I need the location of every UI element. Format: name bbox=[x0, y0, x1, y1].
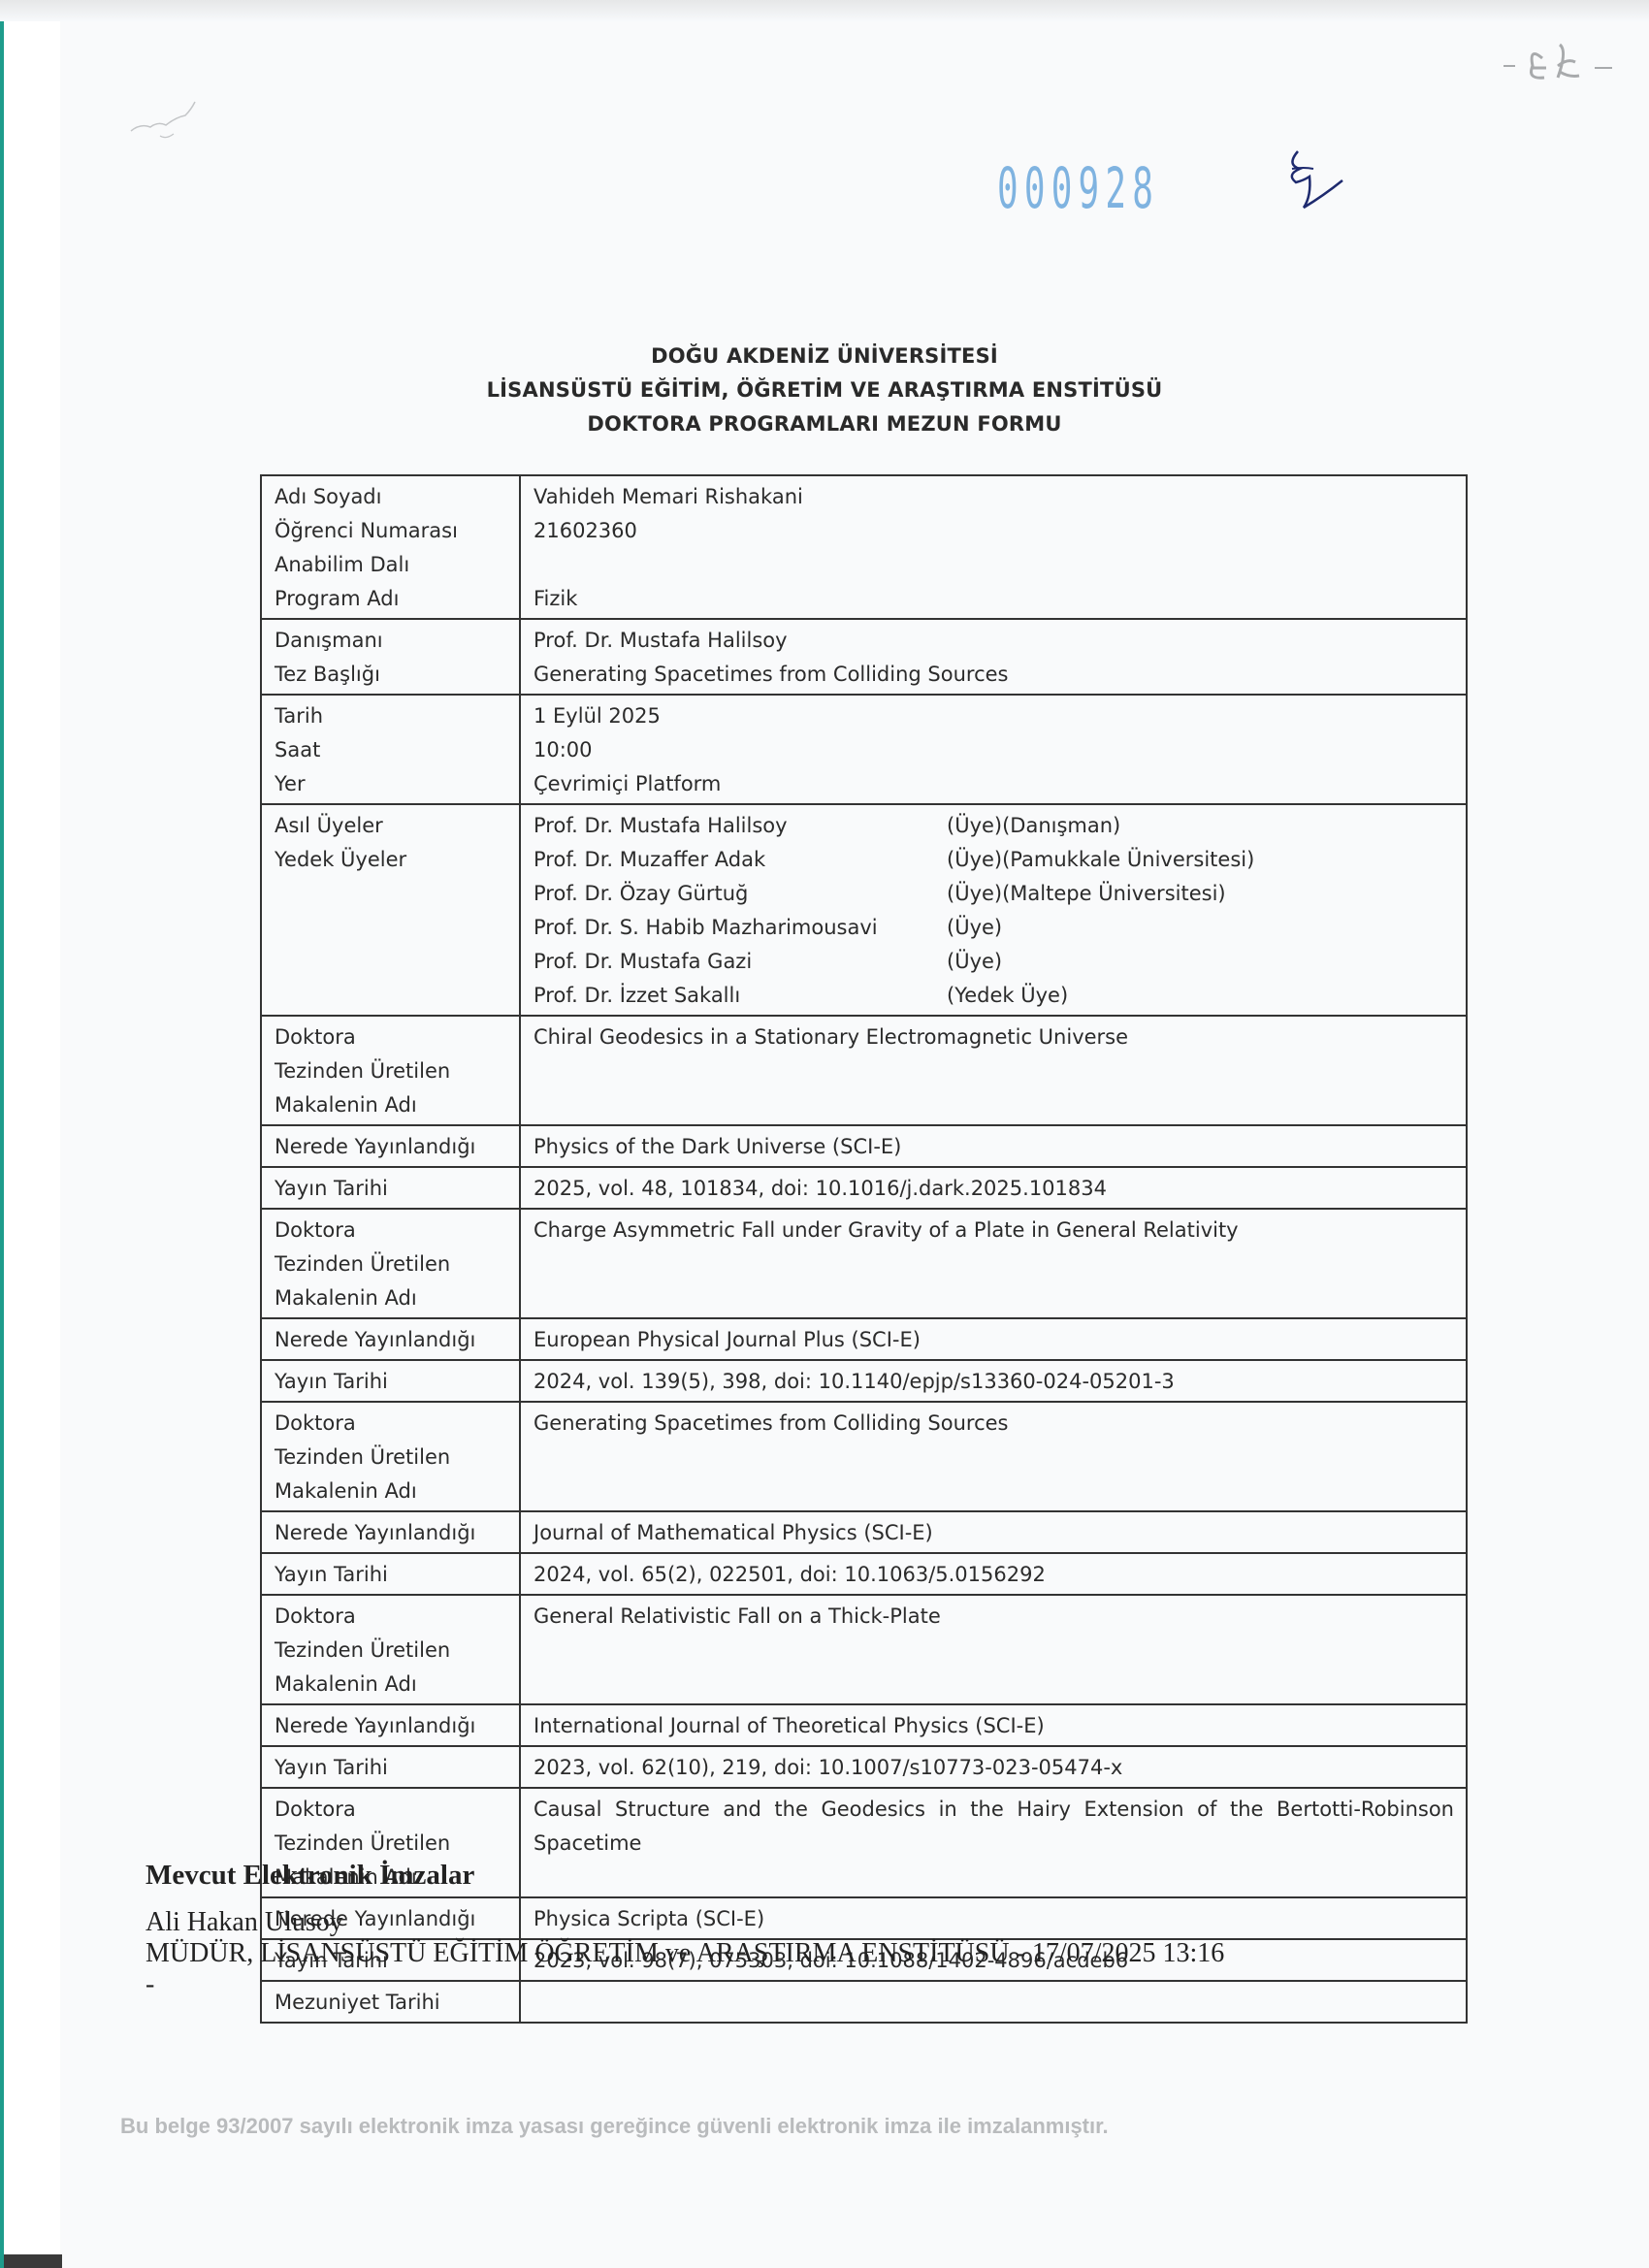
venue-label: Nerede Yayınlandığı bbox=[275, 1516, 507, 1550]
venue-label: Nerede Yayınlandığı bbox=[275, 1130, 507, 1164]
student-name: Vahideh Memari Rishakani bbox=[533, 480, 1454, 514]
handwritten-corner-mark-icon bbox=[1502, 39, 1628, 97]
institute-name: LİSANSÜSTÜ EĞİTİM, ÖĞRETİM VE ARAŞTIRMA … bbox=[0, 378, 1649, 402]
publication-venue-value: Journal of Mathematical Physics (SCI-E) bbox=[520, 1511, 1467, 1553]
date-label: Yayın Tarihi bbox=[275, 1751, 507, 1785]
signer-name: Ali Hakan Ulusoy bbox=[145, 1907, 343, 1938]
label-main-members: Asıl Üyeler bbox=[275, 809, 507, 843]
student-info-labels: Adı Soyadı Öğrenci Numarası Anabilim Dal… bbox=[261, 475, 520, 619]
committee-member: Prof. Dr. İzzet Sakallı(Yedek Üye) bbox=[533, 979, 1454, 1013]
electronic-signatures-title: Mevcut Elektronik İmzalar bbox=[145, 1860, 474, 1892]
member-name: Prof. Dr. Muzaffer Adak bbox=[533, 843, 947, 877]
journal-name: Journal of Mathematical Physics (SCI-E) bbox=[533, 1516, 1454, 1550]
scan-margin bbox=[4, 0, 60, 2268]
committee-labels: Asıl Üyeler Yedek Üyeler bbox=[261, 804, 520, 1016]
publication-date-label: Yayın Tarihi bbox=[261, 1553, 520, 1595]
date-label: Yayın Tarihi bbox=[275, 1365, 507, 1399]
publication-date-row: Yayın Tarihi2024, vol. 139(5), 398, doi:… bbox=[261, 1360, 1467, 1402]
label-department: Anabilim Dalı bbox=[275, 548, 507, 582]
publication-date-value: 2024, vol. 65(2), 022501, doi: 10.1063/5… bbox=[520, 1553, 1467, 1595]
article-label-line: Makalenin Adı bbox=[275, 1474, 507, 1508]
publication-date-label: Yayın Tarihi bbox=[261, 1746, 520, 1788]
date-label: Yayın Tarihi bbox=[275, 1558, 507, 1592]
defense-date: 1 Eylül 2025 bbox=[533, 699, 1454, 733]
defense-time: 10:00 bbox=[533, 733, 1454, 767]
publication-date-value: 2023, vol. 62(10), 219, doi: 10.1007/s10… bbox=[520, 1746, 1467, 1788]
thesis-values: Prof. Dr. Mustafa Halilsoy Generating Sp… bbox=[520, 619, 1467, 695]
member-role: (Yedek Üye) bbox=[947, 979, 1068, 1013]
member-role: (Üye)(Maltepe Üniversitesi) bbox=[947, 877, 1226, 911]
article-label-line: Doktora bbox=[275, 1021, 507, 1054]
date-label: Yayın Tarihi bbox=[275, 1172, 507, 1206]
publication-venue-value: Physica Scripta (SCI-E) bbox=[520, 1897, 1467, 1939]
student-info-values: Vahideh Memari Rishakani 21602360 Fizik bbox=[520, 475, 1467, 619]
form-title: DOKTORA PROGRAMLARI MEZUN FORMU bbox=[0, 412, 1649, 436]
label-thesis-title: Tez Başlığı bbox=[275, 658, 507, 692]
label-program: Program Adı bbox=[275, 582, 507, 616]
article-label-line: Doktora bbox=[275, 1793, 507, 1827]
article-label-line: Makalenin Adı bbox=[275, 1668, 507, 1701]
journal-name: Physica Scripta (SCI-E) bbox=[533, 1902, 1454, 1936]
advisor-value: Prof. Dr. Mustafa Halilsoy bbox=[533, 624, 1454, 658]
publication-venue-value: International Journal of Theoretical Phy… bbox=[520, 1704, 1467, 1746]
graduate-form-table: Adı Soyadı Öğrenci Numarası Anabilim Dal… bbox=[260, 474, 1468, 2024]
e-signature-legal-note: Bu belge 93/2007 sayılı elektronik imza … bbox=[120, 2114, 1109, 2139]
publication-venue-row: Nerede YayınlandığıPhysica Scripta (SCI-… bbox=[261, 1897, 1467, 1939]
publication-title-value: Chiral Geodesics in a Stationary Electro… bbox=[520, 1016, 1467, 1125]
member-name: Prof. Dr. S. Habib Mazharimousavi bbox=[533, 911, 947, 945]
publication-date-row: Yayın Tarihi2024, vol. 65(2), 022501, do… bbox=[261, 1553, 1467, 1595]
publication-title-value: Charge Asymmetric Fall under Gravity of … bbox=[520, 1209, 1467, 1318]
thesis-labels: Danışmanı Tez Başlığı bbox=[261, 619, 520, 695]
publication-venue-label: Nerede Yayınlandığı bbox=[261, 1704, 520, 1746]
article-label-line: Tezinden Üretilen bbox=[275, 1827, 507, 1861]
article-label-line: Doktora bbox=[275, 1600, 507, 1634]
committee-row: Asıl Üyeler Yedek Üyeler Prof. Dr. Musta… bbox=[261, 804, 1467, 1016]
publication-date-value: 2024, vol. 139(5), 398, doi: 10.1140/epj… bbox=[520, 1360, 1467, 1402]
article-label-line: Doktora bbox=[275, 1214, 507, 1247]
member-name: Prof. Dr. İzzet Sakallı bbox=[533, 979, 947, 1013]
defense-row: Tarih Saat Yer 1 Eylül 2025 10:00 Çevrim… bbox=[261, 695, 1467, 804]
publication-title-row: DoktoraTezinden ÜretilenMakalenin AdıChi… bbox=[261, 1016, 1467, 1125]
publication-venue-label: Nerede Yayınlandığı bbox=[261, 1511, 520, 1553]
committee-members: Prof. Dr. Mustafa Halilsoy(Üye)(Danışman… bbox=[520, 804, 1467, 1016]
graduation-date-row: Mezuniyet Tarihi bbox=[261, 1981, 1467, 2023]
journal-name: European Physical Journal Plus (SCI-E) bbox=[533, 1323, 1454, 1357]
publication-title-value: General Relativistic Fall on a Thick-Pla… bbox=[520, 1595, 1467, 1704]
article-label-line: Doktora bbox=[275, 1407, 507, 1441]
publication-title-row: DoktoraTezinden ÜretilenMakalenin AdıCha… bbox=[261, 1209, 1467, 1318]
article-label-line: Tezinden Üretilen bbox=[275, 1441, 507, 1474]
article-title: Charge Asymmetric Fall under Gravity of … bbox=[533, 1214, 1454, 1247]
publication-venue-row: Nerede YayınlandığıJournal of Mathematic… bbox=[261, 1511, 1467, 1553]
venue-label: Nerede Yayınlandığı bbox=[275, 1709, 507, 1743]
member-name: Prof. Dr. Mustafa Halilsoy bbox=[533, 809, 947, 843]
publication-title-value: Generating Spacetimes from Colliding Sou… bbox=[520, 1402, 1467, 1511]
graduation-label: Mezuniyet Tarihi bbox=[275, 1986, 507, 2020]
scan-top-edge bbox=[0, 0, 1649, 21]
article-title: General Relativistic Fall on a Thick-Pla… bbox=[533, 1600, 1454, 1634]
signer-role: MÜDÜR, LİSANSÜSTÜ EĞİTİM ÖĞRETİM ve ARAŞ… bbox=[145, 1938, 1224, 1969]
publication-date-value: 2025, vol. 48, 101834, doi: 10.1016/j.da… bbox=[520, 1167, 1467, 1209]
member-role: (Üye)(Danışman) bbox=[947, 809, 1120, 843]
publication-title-label: DoktoraTezinden ÜretilenMakalenin Adı bbox=[261, 1209, 520, 1318]
article-label-line: Makalenin Adı bbox=[275, 1281, 507, 1315]
label-place: Yer bbox=[275, 767, 507, 801]
committee-member: Prof. Dr. Mustafa Gazi(Üye) bbox=[533, 945, 1454, 979]
publication-title-label: DoktoraTezinden ÜretilenMakalenin Adı bbox=[261, 1016, 520, 1125]
graduation-date-label: Mezuniyet Tarihi bbox=[261, 1981, 520, 2023]
journal-name: International Journal of Theoretical Phy… bbox=[533, 1709, 1454, 1743]
journal-name: Physics of the Dark Universe (SCI-E) bbox=[533, 1130, 1454, 1164]
student-number: 21602360 bbox=[533, 514, 1454, 548]
university-name: DOĞU AKDENİZ ÜNİVERSİTESİ bbox=[0, 344, 1649, 368]
publication-date-label: Yayın Tarihi bbox=[261, 1167, 520, 1209]
label-name: Adı Soyadı bbox=[275, 480, 507, 514]
publication-title-label: DoktoraTezinden ÜretilenMakalenin Adı bbox=[261, 1402, 520, 1511]
article-title: Generating Spacetimes from Colliding Sou… bbox=[533, 1407, 1454, 1441]
pencil-scribble-icon bbox=[121, 78, 238, 146]
publication-details: 2025, vol. 48, 101834, doi: 10.1016/j.da… bbox=[533, 1172, 1454, 1206]
label-time: Saat bbox=[275, 733, 507, 767]
publication-venue-label: Nerede Yayınlandığı bbox=[261, 1318, 520, 1360]
publication-title-value: Causal Structure and the Geodesics in th… bbox=[520, 1788, 1467, 1897]
publication-title-row: DoktoraTezinden ÜretilenMakalenin AdıGen… bbox=[261, 1595, 1467, 1704]
article-label-line: Tezinden Üretilen bbox=[275, 1247, 507, 1281]
publication-venue-row: Nerede YayınlandığıEuropean Physical Jou… bbox=[261, 1318, 1467, 1360]
graduation-value bbox=[533, 1986, 1454, 2020]
article-label-line: Makalenin Adı bbox=[275, 1088, 507, 1122]
signature-trailing-dash: - bbox=[145, 1969, 154, 2000]
label-date: Tarih bbox=[275, 699, 507, 733]
defense-place: Çevrimiçi Platform bbox=[533, 767, 1454, 801]
label-substitute-members: Yedek Üyeler bbox=[275, 843, 507, 877]
article-label-line: Tezinden Üretilen bbox=[275, 1054, 507, 1088]
committee-member: Prof. Dr. Muzaffer Adak(Üye)(Pamukkale Ü… bbox=[533, 843, 1454, 877]
label-advisor: Danışmanı bbox=[275, 624, 507, 658]
article-title: Causal Structure and the Geodesics in th… bbox=[533, 1793, 1454, 1861]
publication-venue-value: European Physical Journal Plus (SCI-E) bbox=[520, 1318, 1467, 1360]
article-label-line: Tezinden Üretilen bbox=[275, 1634, 507, 1668]
publication-title-row: DoktoraTezinden ÜretilenMakalenin AdıGen… bbox=[261, 1402, 1467, 1511]
graduation-date-value bbox=[520, 1981, 1467, 2023]
thesis-row: Danışmanı Tez Başlığı Prof. Dr. Mustafa … bbox=[261, 619, 1467, 695]
publication-details: 2024, vol. 65(2), 022501, doi: 10.1063/5… bbox=[533, 1558, 1454, 1592]
publication-venue-row: Nerede YayınlandığıInternational Journal… bbox=[261, 1704, 1467, 1746]
thesis-title-value: Generating Spacetimes from Colliding Sou… bbox=[533, 658, 1454, 692]
program-value: Fizik bbox=[533, 582, 1454, 616]
publication-venue-label: Nerede Yayınlandığı bbox=[261, 1125, 520, 1167]
handwritten-initial-icon bbox=[1278, 146, 1356, 213]
publication-details: 2023, vol. 62(10), 219, doi: 10.1007/s10… bbox=[533, 1751, 1454, 1785]
publication-title-label: DoktoraTezinden ÜretilenMakalenin Adı bbox=[261, 1595, 520, 1704]
committee-member: Prof. Dr. S. Habib Mazharimousavi(Üye) bbox=[533, 911, 1454, 945]
scan-bottom-edge bbox=[4, 2254, 62, 2268]
document-stamp-number: 000928 bbox=[997, 155, 1159, 221]
publication-details: 2024, vol. 139(5), 398, doi: 10.1140/epj… bbox=[533, 1365, 1454, 1399]
member-role: (Üye)(Pamukkale Üniversitesi) bbox=[947, 843, 1254, 877]
defense-values: 1 Eylül 2025 10:00 Çevrimiçi Platform bbox=[520, 695, 1467, 804]
label-student-number: Öğrenci Numarası bbox=[275, 514, 507, 548]
article-title: Chiral Geodesics in a Stationary Electro… bbox=[533, 1021, 1454, 1054]
member-name: Prof. Dr. Mustafa Gazi bbox=[533, 945, 947, 979]
student-info-row: Adı Soyadı Öğrenci Numarası Anabilim Dal… bbox=[261, 475, 1467, 619]
publication-date-row: Yayın Tarihi2023, vol. 62(10), 219, doi:… bbox=[261, 1746, 1467, 1788]
publication-venue-value: Physics of the Dark Universe (SCI-E) bbox=[520, 1125, 1467, 1167]
member-name: Prof. Dr. Özay Gürtuğ bbox=[533, 877, 947, 911]
committee-member: Prof. Dr. Özay Gürtuğ(Üye)(Maltepe Ünive… bbox=[533, 877, 1454, 911]
department-value bbox=[533, 548, 1454, 582]
member-role: (Üye) bbox=[947, 911, 1002, 945]
venue-label: Nerede Yayınlandığı bbox=[275, 1323, 507, 1357]
defense-labels: Tarih Saat Yer bbox=[261, 695, 520, 804]
committee-member: Prof. Dr. Mustafa Halilsoy(Üye)(Danışman… bbox=[533, 809, 1454, 843]
member-role: (Üye) bbox=[947, 945, 1002, 979]
publication-venue-row: Nerede YayınlandığıPhysics of the Dark U… bbox=[261, 1125, 1467, 1167]
publication-date-label: Yayın Tarihi bbox=[261, 1360, 520, 1402]
publication-date-row: Yayın Tarihi2025, vol. 48, 101834, doi: … bbox=[261, 1167, 1467, 1209]
